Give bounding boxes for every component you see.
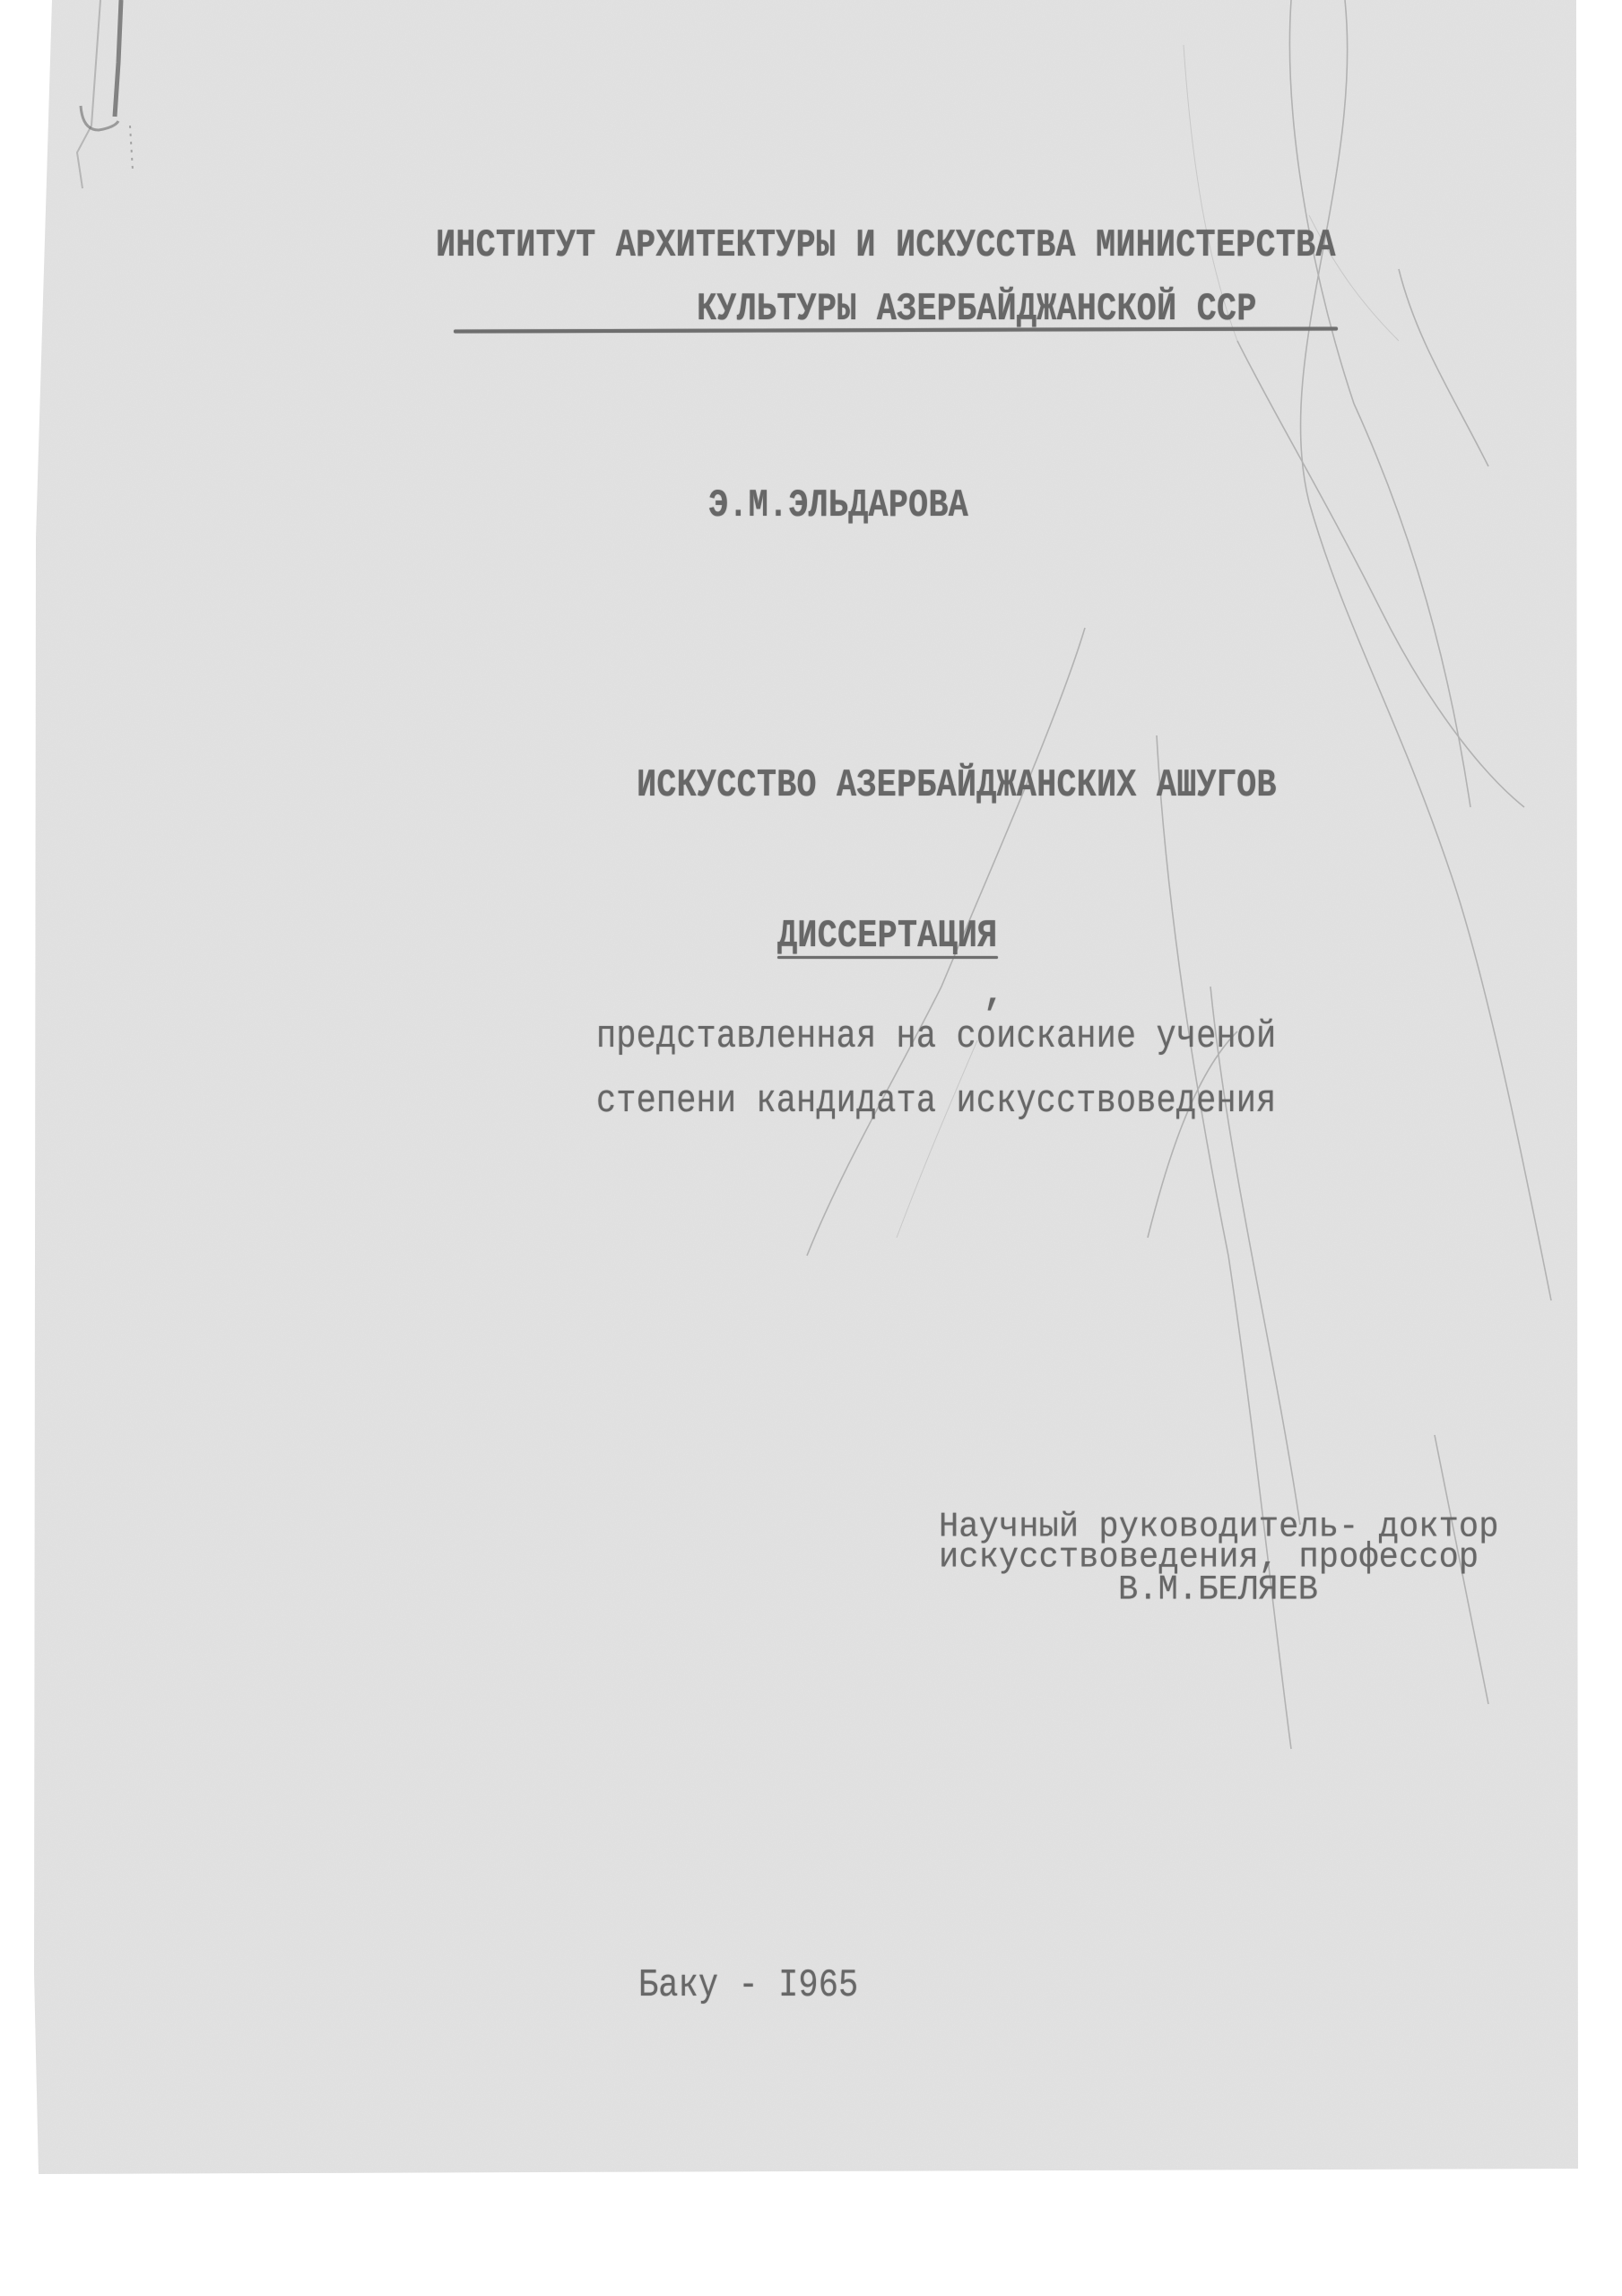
stray-comma: , [984, 975, 1003, 1014]
degree-statement-line-1: представленная на соискание ученой [596, 1018, 1276, 1057]
author-name: Э.М.ЭЛЬДАРОВА [708, 487, 968, 526]
institution-line-1: ИНСТИТУТ АРХИТЕКТУРЫ И ИСКУССТВА МИНИСТЕ… [436, 227, 1336, 266]
institution-line-2: КУЛЬТУРЫ АЗЕРБАЙДЖАНСКОЙ ССР [697, 291, 1257, 330]
dissertation-title: ИСКУССТВО АЗЕРБАЙДЖАНСКИХ АШУГОВ [637, 767, 1277, 806]
degree-statement-line-2: степени кандидата искусствоведения [596, 1083, 1276, 1122]
scanned-page: ИНСТИТУТ АРХИТЕКТУРЫ И ИСКУССТВА МИНИСТЕ… [0, 0, 1622, 2296]
work-type-heading: ДИССЕРТАЦИЯ [777, 918, 997, 957]
advisor-name: В.М.БЕЛЯЕВ [1118, 1573, 1318, 1608]
paper-sheet [0, 0, 1622, 2296]
work-type-underline [777, 956, 998, 959]
place-and-year: Баку - I965 [638, 1967, 858, 2006]
